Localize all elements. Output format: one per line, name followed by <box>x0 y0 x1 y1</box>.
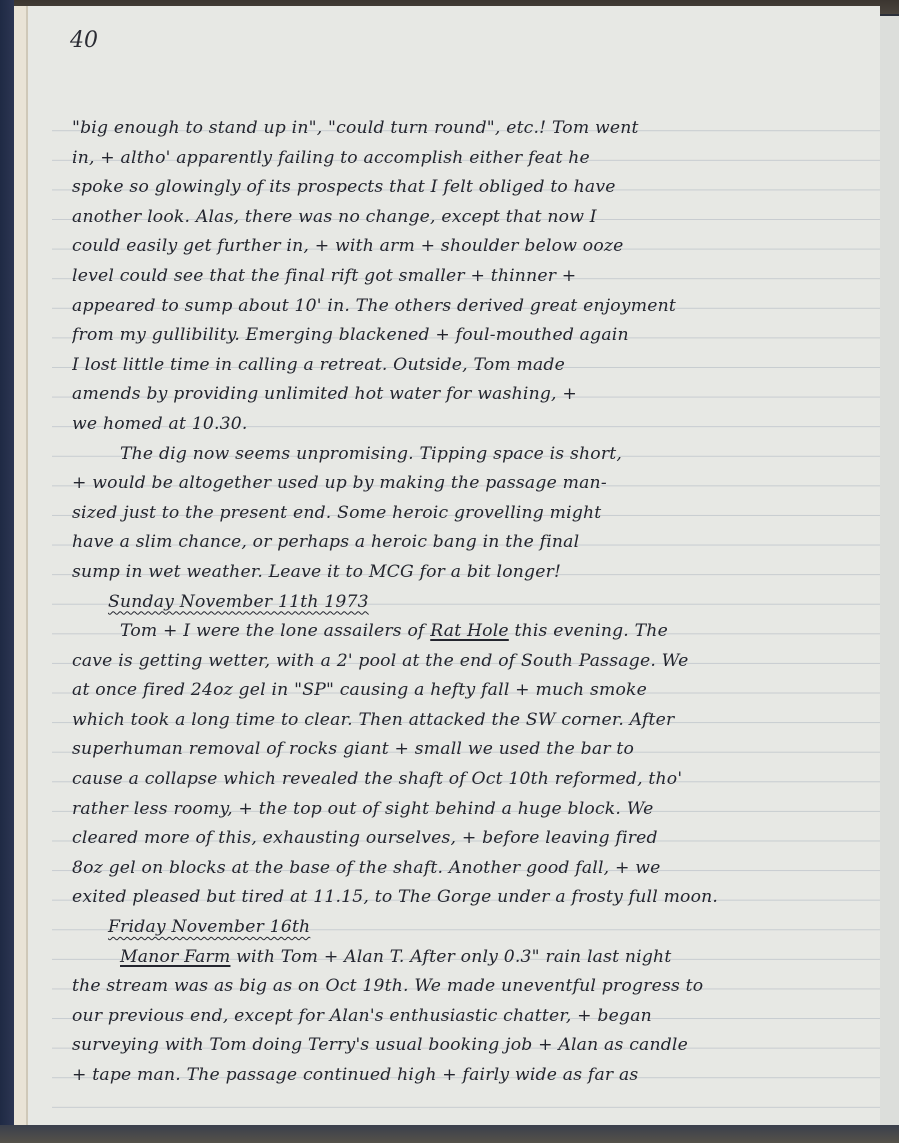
text-line: which took a long time to clear. Then at… <box>72 706 872 736</box>
text-line: + tape man. The passage continued high +… <box>72 1061 872 1091</box>
entry-date-heading: Friday November 16th <box>72 913 872 943</box>
text-line: sump in wet weather. Leave it to MCG for… <box>72 558 872 588</box>
text-line: exited pleased but tired at 11.15, to Th… <box>72 883 872 913</box>
next-page-edge <box>878 16 899 1126</box>
text-line: Manor Farm with Tom + Alan T. After only… <box>72 943 872 973</box>
handwritten-text: "big enough to stand up in", "could turn… <box>72 114 872 1091</box>
text-line: sized just to the present end. Some hero… <box>72 499 872 529</box>
text-line: have a slim chance, or perhaps a heroic … <box>72 528 872 558</box>
text-line: + would be altogether used up by making … <box>72 469 872 499</box>
text-line: our previous end, except for Alan's enth… <box>72 1002 872 1032</box>
text-line: 8oz gel on blocks at the base of the sha… <box>72 854 872 884</box>
text-line: in, + altho' apparently failing to accom… <box>72 144 872 174</box>
text-line: The dig now seems unpromising. Tipping s… <box>72 440 872 470</box>
text-line: we homed at 10.30. <box>72 410 872 440</box>
text-line: spoke so glowingly of its prospects that… <box>72 173 872 203</box>
text-line: the stream was as big as on Oct 19th. We… <box>72 972 872 1002</box>
text-line: Tom + I were the lone assailers of Rat H… <box>72 617 872 647</box>
text-line: I lost little time in calling a retreat.… <box>72 351 872 381</box>
text-segment: Tom + I were the lone assailers of <box>120 621 430 641</box>
text-segment: this evening. The <box>509 621 668 641</box>
notebook-cover-edge <box>0 0 14 1143</box>
entry-date-heading: Sunday November 11th 1973 <box>72 588 872 618</box>
cave-name: Rat Hole <box>430 621 509 641</box>
text-line: cleared more of this, exhausting ourselv… <box>72 824 872 854</box>
text-line: rather less roomy, + the top out of sigh… <box>72 795 872 825</box>
text-line: could easily get further in, + with arm … <box>72 232 872 262</box>
text-line: another look. Alas, there was no change,… <box>72 203 872 233</box>
text-line: from my gullibility. Emerging blackened … <box>72 321 872 351</box>
text-line: cause a collapse which revealed the shaf… <box>72 765 872 795</box>
cave-name: Manor Farm <box>120 947 230 967</box>
text-segment: with Tom + Alan T. After only 0.3" rain … <box>230 947 671 967</box>
text-line: level could see that the final rift got … <box>72 262 872 292</box>
text-line: appeared to sump about 10' in. The other… <box>72 292 872 322</box>
text-line: "big enough to stand up in", "could turn… <box>72 114 872 144</box>
page-number: 40 <box>70 28 98 53</box>
text-line: at once fired 24oz gel in "SP" causing a… <box>72 676 872 706</box>
text-line: cave is getting wetter, with a 2' pool a… <box>72 647 872 677</box>
text-line: surveying with Tom doing Terry's usual b… <box>72 1031 872 1061</box>
text-line: amends by providing unlimited hot water … <box>72 380 872 410</box>
photo-background-bottom <box>0 1125 899 1143</box>
text-line: superhuman removal of rocks giant + smal… <box>72 735 872 765</box>
